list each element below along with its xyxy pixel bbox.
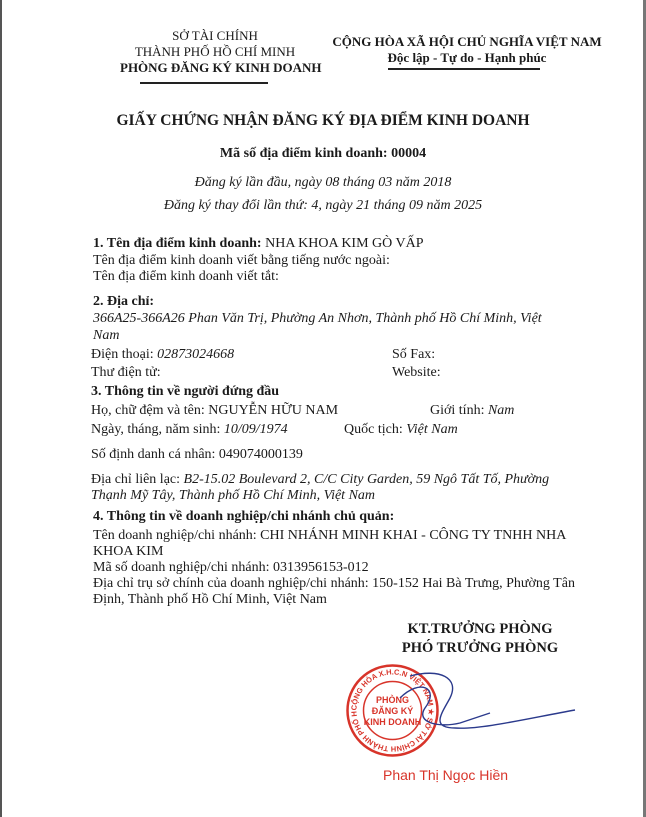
signatory-title-2: PHÓ TRƯỞNG PHÒNG: [385, 639, 575, 658]
id-value: 049074000139: [219, 447, 303, 462]
parent-hq-line-1: Địa chỉ trụ sở chính của doanh nghiệp/ch…: [93, 575, 575, 592]
first-registration-date: Đăng ký lần đầu, ngày 08 tháng 03 năm 20…: [0, 175, 646, 191]
business-location-name: NHA KHOA KIM GÒ VẤP: [265, 236, 423, 251]
website-label: Website:: [392, 364, 441, 381]
contact-row: Địa chỉ liên lạc: B2-15.02 Boulevard 2, …: [91, 471, 549, 488]
phone-label: Điện thoại:: [91, 347, 154, 362]
issuer-underline: [140, 82, 268, 84]
phone-row: Điện thoại: 02873024668: [91, 346, 234, 363]
nationality-row: Quốc tịch: Việt Nam: [344, 421, 458, 438]
parent-company-code: Mã số doanh nghiệp/chi nhánh: 0313956153…: [93, 559, 369, 576]
fax-label: Số Fax:: [392, 346, 435, 363]
email-label: Thư điện tử:: [91, 364, 161, 381]
document-title: GIẤY CHỨNG NHẬN ĐĂNG KÝ ĐỊA ĐIỂM KINH DO…: [0, 112, 646, 130]
phone-value: 02873024668: [157, 347, 234, 362]
head-name-value: NGUYỄN HỮU NAM: [208, 403, 338, 418]
section-1-title: 1. Tên địa điểm kinh doanh: NHA KHOA KIM…: [93, 235, 424, 252]
address-line-2: Nam: [93, 327, 119, 344]
section-1-heading: 1. Tên địa điểm kinh doanh:: [93, 236, 262, 251]
issuer-line-1: SỞ TÀI CHÍNH: [120, 28, 310, 44]
national-motto: Độc lập - Tự do - Hạnh phúc: [322, 50, 612, 66]
foreign-name-label: Tên địa điểm kinh doanh viết bằng tiếng …: [93, 252, 390, 269]
abbreviated-name-label: Tên địa điểm kinh doanh viết tắt:: [93, 268, 279, 285]
section-3-heading: 3. Thông tin về người đứng đầu: [91, 383, 279, 400]
issuer-block: SỞ TÀI CHÍNH THÀNH PHỐ HỒ CHÍ MINH PHÒNG…: [120, 28, 310, 76]
change-registration-date: Đăng ký thay đổi lần thứ: 4, ngày 21 thá…: [0, 198, 646, 214]
national-name: CỘNG HÒA XÃ HỘI CHỦ NGHĨA VIỆT NAM: [322, 34, 612, 50]
issuer-line-3: PHÒNG ĐĂNG KÝ KINH DOANH: [120, 60, 310, 76]
parent-hq-line-2: Định, Thành phố Hồ Chí Minh, Việt Nam: [93, 591, 327, 608]
signatory-title-1: KT.TRƯỞNG PHÒNG: [385, 620, 575, 639]
section-4-heading: 4. Thông tin về doanh nghiệp/chi nhánh c…: [93, 508, 394, 525]
head-name-row: Họ, chữ đệm và tên: NGUYỄN HỮU NAM: [91, 402, 338, 419]
dob-row: Ngày, tháng, năm sinh: 10/09/1974: [91, 421, 288, 438]
head-name-label: Họ, chữ đệm và tên:: [91, 403, 205, 418]
national-motto-block: CỘNG HÒA XÃ HỘI CHỦ NGHĨA VIỆT NAM Độc l…: [322, 34, 612, 66]
signer-name: Phan Thị Ngọc Hiền: [383, 767, 508, 783]
motto-underline: [388, 68, 540, 70]
address-line-1: 366A25-366A26 Phan Văn Trị, Phường An Nh…: [93, 310, 542, 327]
gender-label: Giới tính:: [430, 403, 484, 418]
nationality-label: Quốc tịch:: [344, 422, 403, 437]
gender-row: Giới tính: Nam: [430, 402, 514, 419]
contact-value-line-1: B2-15.02 Boulevard 2, C/C City Garden, 5…: [184, 472, 550, 487]
parent-company-line-1: Tên doanh nghiệp/chi nhánh: CHI NHÁNH MI…: [93, 527, 566, 544]
handwritten-signature: [380, 668, 580, 738]
gender-value: Nam: [488, 403, 514, 418]
nationality-value: Việt Nam: [406, 422, 457, 437]
contact-value-line-2: Thạnh Mỹ Tây, Thành phố Hồ Chí Minh, Việ…: [91, 487, 375, 504]
id-label: Số định danh cá nhân:: [91, 447, 215, 462]
signatory-title-block: KT.TRƯỞNG PHÒNG PHÓ TRƯỞNG PHÒNG: [385, 620, 575, 658]
dob-value: 10/09/1974: [224, 422, 288, 437]
dob-label: Ngày, tháng, năm sinh:: [91, 422, 220, 437]
contact-label: Địa chỉ liên lạc:: [91, 472, 180, 487]
parent-company-line-2: KHOA KIM: [93, 543, 163, 560]
section-2-heading: 2. Địa chỉ:: [93, 293, 154, 310]
issuer-line-2: THÀNH PHỐ HỒ CHÍ MINH: [120, 44, 310, 60]
location-code: Mã số địa điểm kinh doanh: 00004: [0, 146, 646, 162]
id-row: Số định danh cá nhân: 049074000139: [91, 446, 303, 463]
